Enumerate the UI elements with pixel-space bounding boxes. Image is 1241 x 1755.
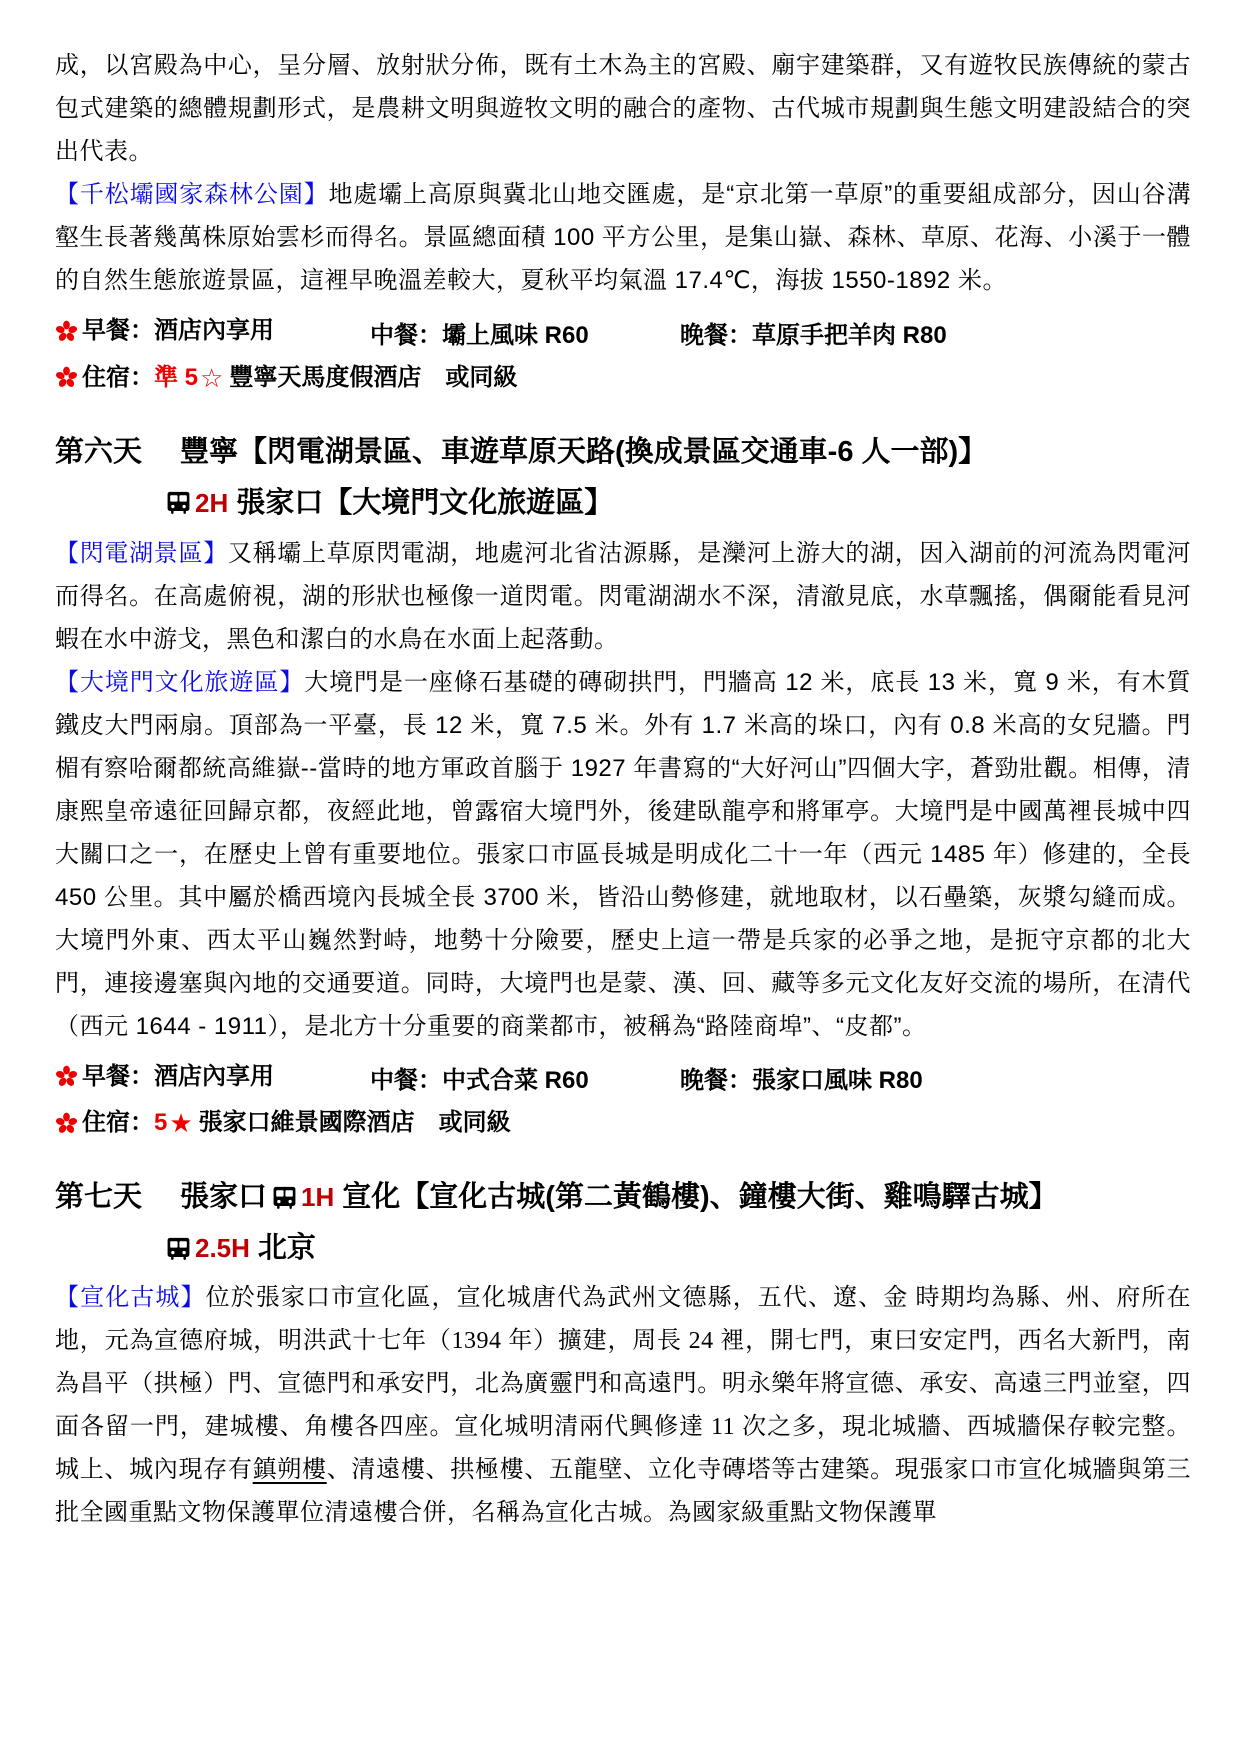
text-segment-blue: 【宣化古城】 [55,1285,206,1311]
text-segment-blue: 【大境門文化旅遊區】 [55,669,304,696]
day6-breakfast-label: 早餐：酒店內享用 [82,1056,274,1098]
day5-breakfast: 早餐：酒店內享用 [55,310,370,352]
day7-day-label: 第七天 [55,1174,142,1220]
text-segment: 成，以宮殿為中心，呈分層、放射狀分佈，既有土木為主的宮殿、廟宇建築群，又有遊牧民… [55,52,1191,165]
text-segment-blue: 【閃電湖景區】 [55,540,228,567]
day5-hotel-row: 住宿： 準 5 ☆ 豐寧天馬度假酒店 或同級 [55,357,1191,399]
paragraph-qiansongba-park: 【千松壩國家森林公園】地處壩上高原與冀北山地交匯處，是“京北第一草原”的重要組成… [55,173,1191,302]
day6-title: 豐寧【閃電湖景區、車遊草原天路(換成景區交通車-6 人一部)】 [180,429,987,475]
day6-day-label: 第六天 [55,429,142,475]
day7-header: 第七天 張家口 1H 宣化【宣化古城(第二黃鶴樓)、鐘樓大街、雞鳴驛古城】 [55,1174,1191,1220]
day5-hotel-grade: 準 5 [154,357,198,399]
hollow-star-icon: ☆ [200,357,223,399]
day5-hotel-name: 豐寧天馬度假酒店 或同級 [229,357,517,399]
flower-icon [55,1065,78,1088]
day6-transit-time: 2H [195,480,228,526]
day6-header-line2: 2H 張家口【大境門文化旅遊區】 [55,480,1191,526]
day7-origin: 張家口 [180,1174,267,1220]
flower-icon [55,320,78,343]
bus-icon [271,1184,298,1211]
paragraph-shandianhu-lake: 【閃電湖景區】又稱壩上草原閃電湖，地處河北省沽源縣，是灤河上游大的湖，因入湖前的… [55,532,1191,661]
day7-title: 宣化【宣化古城(第二黃鶴樓)、鐘樓大街、雞鳴驛古城】 [342,1174,1057,1220]
day6-meal-row: 早餐：酒店內享用 中餐：中式合菜 R60 晚餐：張家口風味 R80 [55,1056,1191,1103]
text-segment-blue: 【千松壩國家森林公園】 [55,181,328,208]
paragraph-intro-continuation: 成，以宮殿為中心，呈分層、放射狀分佈，既有土木為主的宮殿、廟宇建築群，又有遊牧民… [55,44,1191,173]
document-page: 成，以宮殿為中心，呈分層、放射狀分佈，既有土木為主的宮殿、廟宇建築群，又有遊牧民… [0,0,1241,1755]
text-segment: 大境門是一座條石基礎的磚砌拱門，門牆高 12 米，底長 13 米，寬 9 米，有… [55,669,1191,1040]
day7-subtitle: 北京 [258,1225,316,1271]
bus-icon [165,1235,192,1262]
day6-subtitle: 張家口【大境門文化旅遊區】 [236,480,613,526]
day7-header-line2: 2.5H 北京 [55,1225,1191,1271]
day5-breakfast-label: 早餐：酒店內享用 [82,310,274,352]
flower-icon [55,366,78,389]
text-segment: 位於張家口市宣化區，宣化城唐代為武州文德縣，五代、遼、金 時期均為縣、州、府所在… [55,1285,1191,1483]
paragraph-xuanhua-city: 【宣化古城】位於張家口市宣化區，宣化城唐代為武州文德縣，五代、遼、金 時期均為縣… [55,1277,1191,1535]
day5-lunch-label: 中餐：壩上風味 R60 [370,315,680,357]
day6-hotel-row: 住宿： 5 ★ 張家口維景國際酒店 或同級 [55,1102,1191,1144]
paragraph-dajingmen-area: 【大境門文化旅遊區】大境門是一座條石基礎的磚砌拱門，門牆高 12 米，底長 13… [55,661,1191,1048]
day6-hotel-name: 張家口維景國際酒店 或同級 [199,1102,511,1144]
day6-hotel-label: 住宿： [82,1102,154,1144]
day6-dinner-label: 晚餐：張家口風味 R80 [680,1060,1191,1102]
day6-breakfast: 早餐：酒店內享用 [55,1056,370,1098]
bus-icon [165,489,192,516]
day5-dinner-label: 晚餐：草原手把羊肉 R80 [680,315,1191,357]
flower-icon [55,1112,78,1135]
day7-transit-time-2: 2.5H [195,1225,250,1271]
solid-star-icon: ★ [169,1102,192,1144]
day6-header: 第六天 豐寧【閃電湖景區、車遊草原天路(換成景區交通車-6 人一部)】 [55,429,1191,475]
text-segment-underline: 鎮朔樓 [253,1457,327,1483]
day5-meal-row: 早餐：酒店內享用 中餐：壩上風味 R60 晚餐：草原手把羊肉 R80 [55,310,1191,357]
day7-transit-time: 1H [301,1174,334,1220]
day6-lunch-label: 中餐：中式合菜 R60 [370,1060,680,1102]
day5-hotel-label: 住宿： [82,357,154,399]
day6-hotel-grade: 5 [154,1102,167,1144]
